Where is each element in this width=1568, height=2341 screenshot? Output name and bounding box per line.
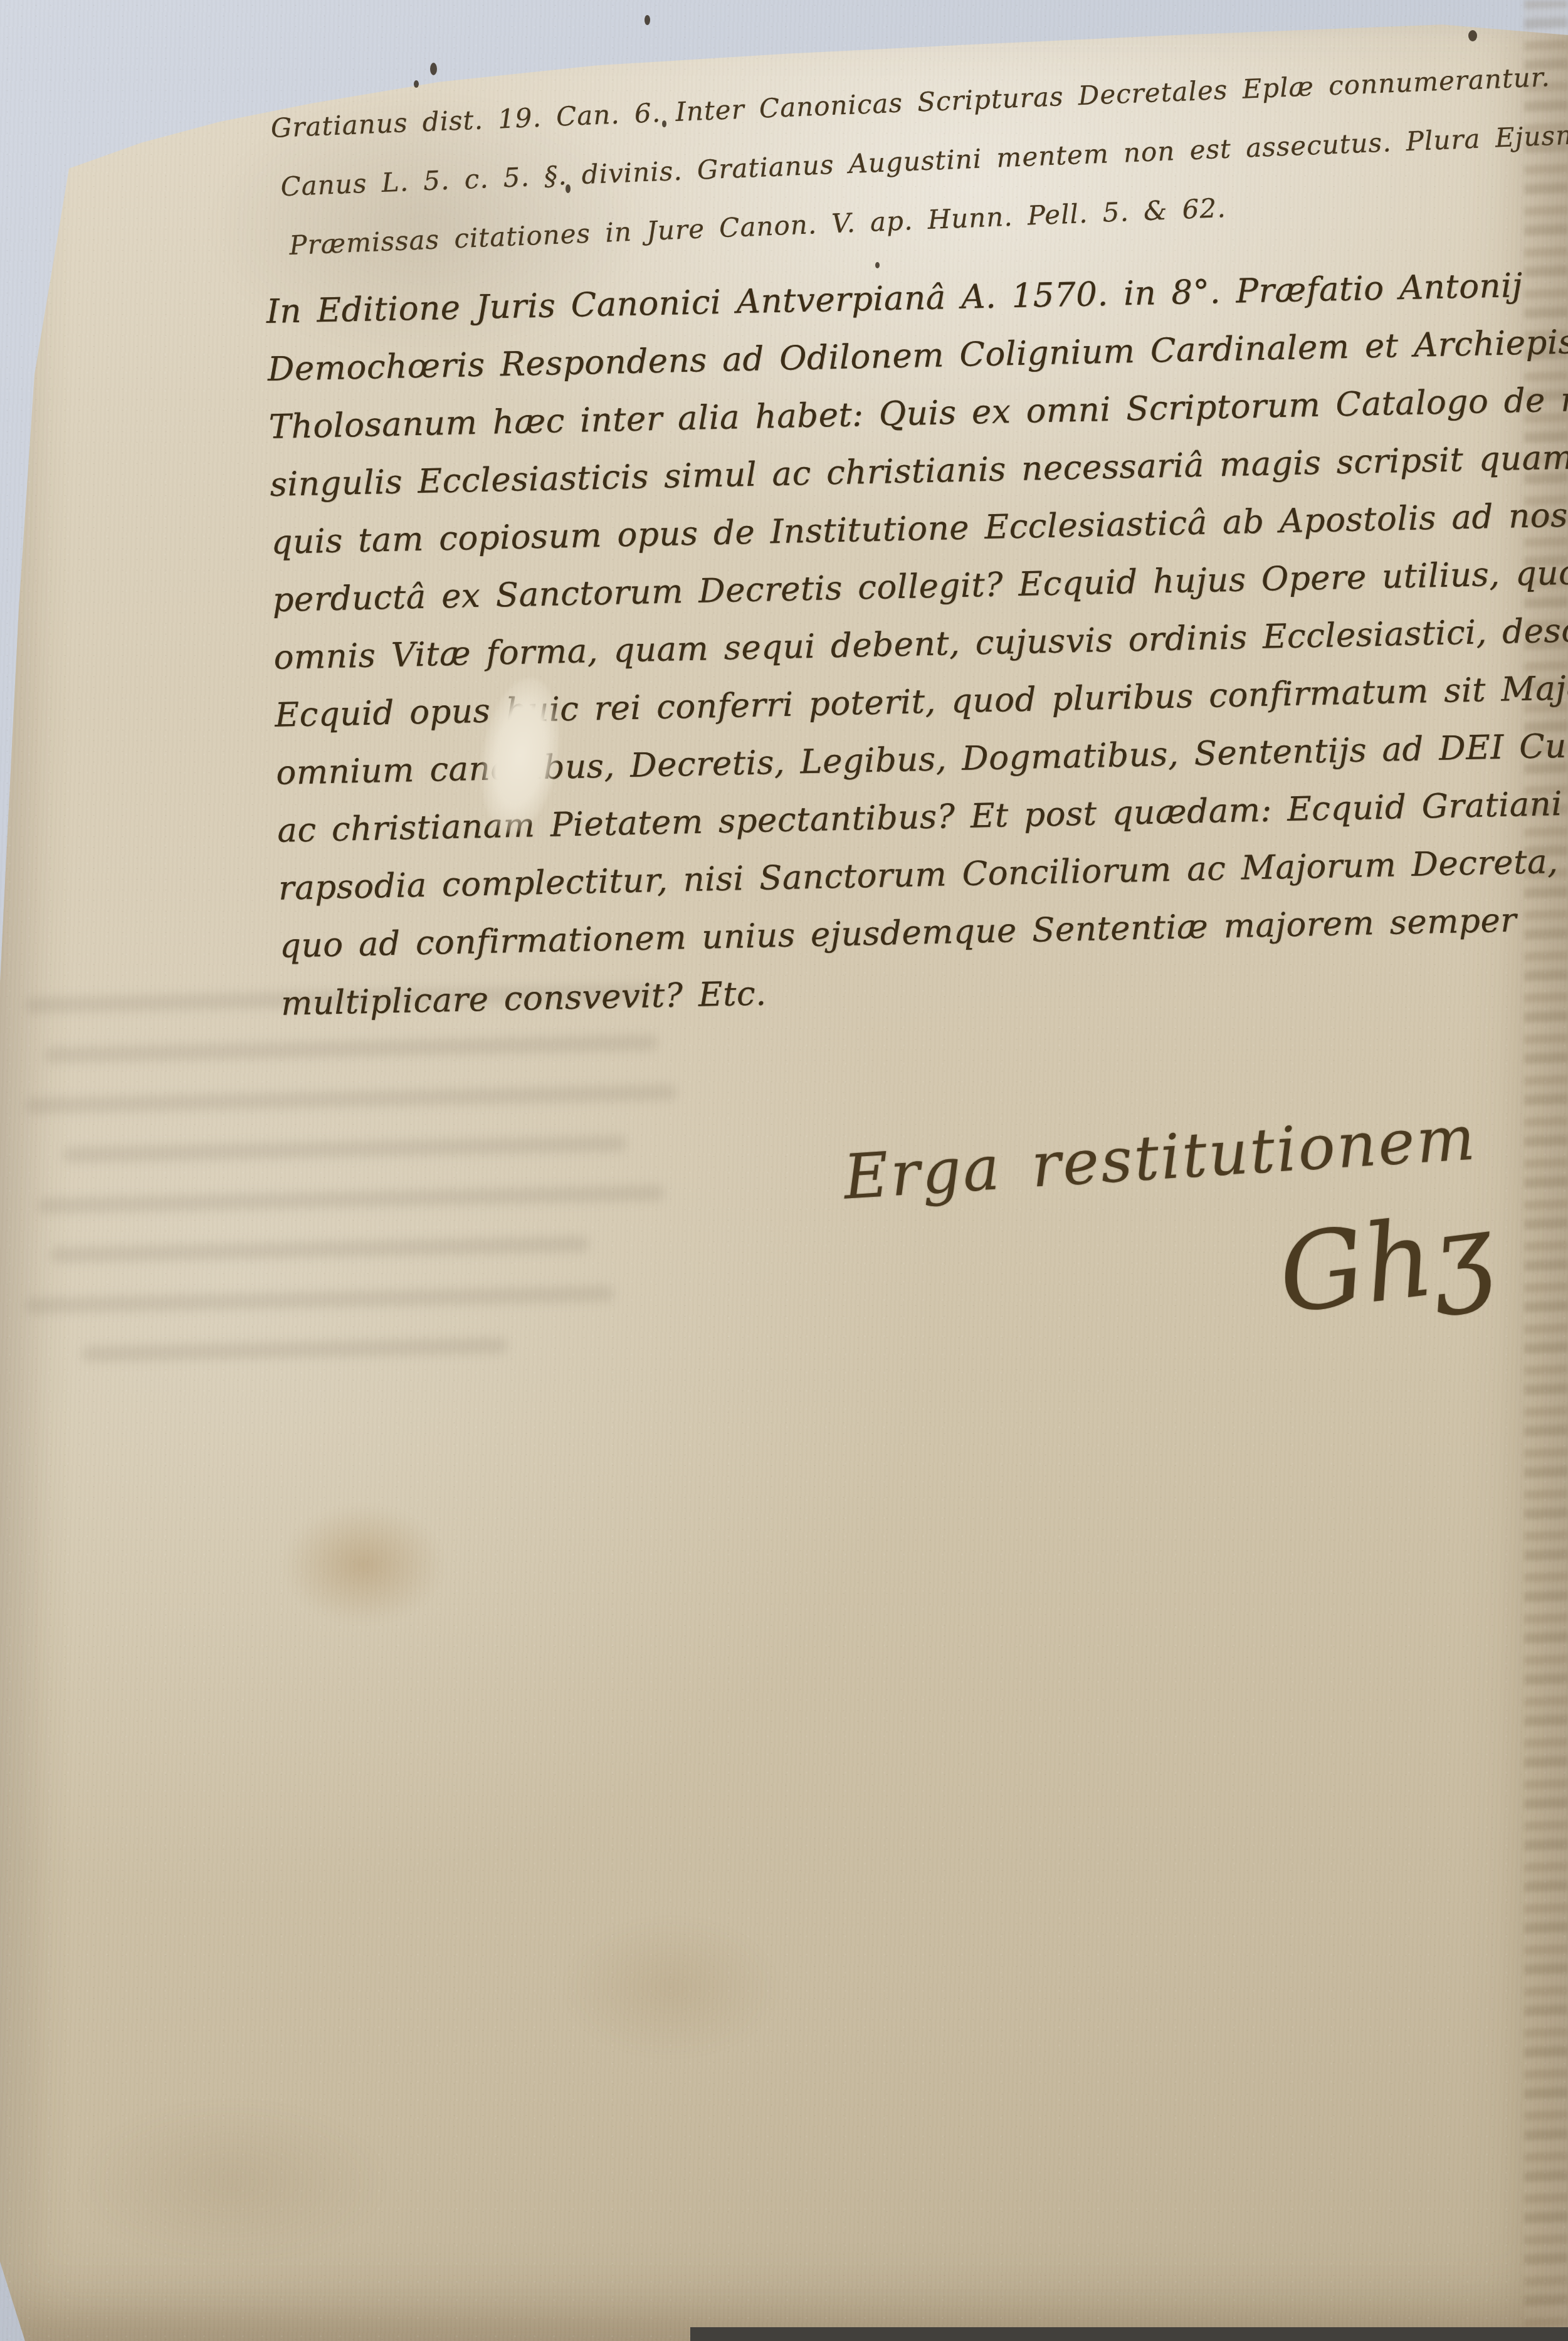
ink-speck	[430, 63, 437, 75]
table-edge	[690, 2327, 1568, 2341]
ink-speck	[414, 80, 419, 88]
manuscript-photo: { "document": { "type_label": "Handwritt…	[0, 0, 1568, 2341]
ink-speck	[875, 262, 880, 268]
main-text-paragraph: In Editione Juris Canonici Antverpianâ A…	[266, 252, 1568, 1033]
signature-monogram: Ghʒ	[1273, 1197, 1498, 1329]
ink-speck	[645, 15, 650, 25]
ink-speck	[1468, 30, 1477, 41]
bleed-through-ghost-text	[25, 991, 702, 1392]
